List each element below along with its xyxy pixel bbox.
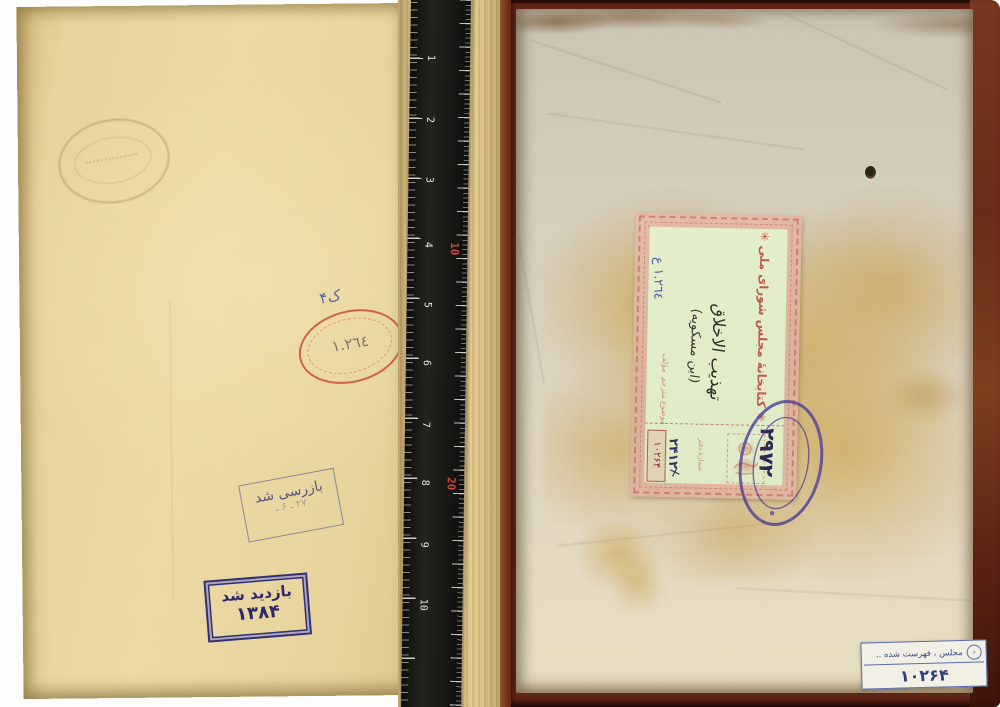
- measuring-ruler: 1 2 3 4 5 6 7 8 9 10 10 20: [401, 0, 471, 707]
- glue-residue-top: [516, 9, 973, 53]
- left-flyleaf-page: ک۴ ١.٢٦٤ بازرسی شد ۲۷ ـ ۶ ـ بازدید شد ۱۳…: [16, 3, 413, 699]
- red-box-number: ۱۰۲۶۴: [649, 431, 662, 479]
- catalog-label-text: مجلس ، فهرست شده ..: [876, 647, 963, 659]
- paper-wrinkle: [517, 236, 544, 384]
- catalog-label: مجلس ، فهرست شده .. ۱۰۲۶۴: [860, 639, 987, 689]
- ruler-inch-10: 10: [416, 598, 428, 612]
- visited-stamp: بازدید شد ۱۳۸۴: [203, 572, 312, 642]
- register-label: شمارهٔ دفتر: [694, 430, 705, 480]
- leather-cover-border: ✳ کتابخانهٔ مجلس شورای ملی ✳ تهذیب الاخل…: [511, 0, 1000, 707]
- page-crease: [169, 300, 173, 600]
- paper-wrinkle: [547, 113, 805, 150]
- ruler-inch-9: 9: [417, 538, 429, 552]
- inspection-stamp: بازرسی شد ۲۷ ـ ۶ ـ: [238, 468, 344, 543]
- ruler-cm-20: 20: [445, 475, 458, 493]
- ruler-inch-7: 7: [419, 418, 431, 432]
- ruler-inch-2: 2: [423, 113, 435, 127]
- ruler-cm-10: 10: [448, 240, 461, 258]
- small-round-seal-icon: [967, 644, 982, 659]
- ruler-inch-1: 1: [424, 51, 436, 65]
- rosette-icon: ✳: [757, 231, 771, 241]
- book-scan: ک۴ ١.٢٦٤ بازرسی شد ۲۷ ـ ۶ ـ بازدید شد ۱۳…: [0, 0, 1000, 707]
- red-oval-library-stamp: ١.٢٦٤: [291, 298, 412, 394]
- ruler-inch-3: 3: [422, 173, 434, 187]
- ruler-inch-5: 5: [421, 298, 433, 312]
- worm-hole: [865, 166, 876, 179]
- right-pastedown-page: ✳ کتابخانهٔ مجلس شورای ملی ✳ تهذیب الاخل…: [516, 9, 973, 693]
- paper-wrinkle: [736, 588, 976, 602]
- blue-pencil-mark: ک۴: [318, 286, 342, 308]
- blue-accession-number: ١.٢٦٤ ع: [651, 236, 668, 321]
- embossed-seal-stamp: [52, 110, 176, 212]
- catalog-number: ۱۰۲۶۴: [864, 662, 985, 689]
- ruler-inch-8: 8: [418, 476, 430, 490]
- ruler-inch-4: 4: [421, 238, 433, 252]
- ruler-inch-6: 6: [420, 356, 432, 370]
- glue-stain-drip: [560, 524, 690, 609]
